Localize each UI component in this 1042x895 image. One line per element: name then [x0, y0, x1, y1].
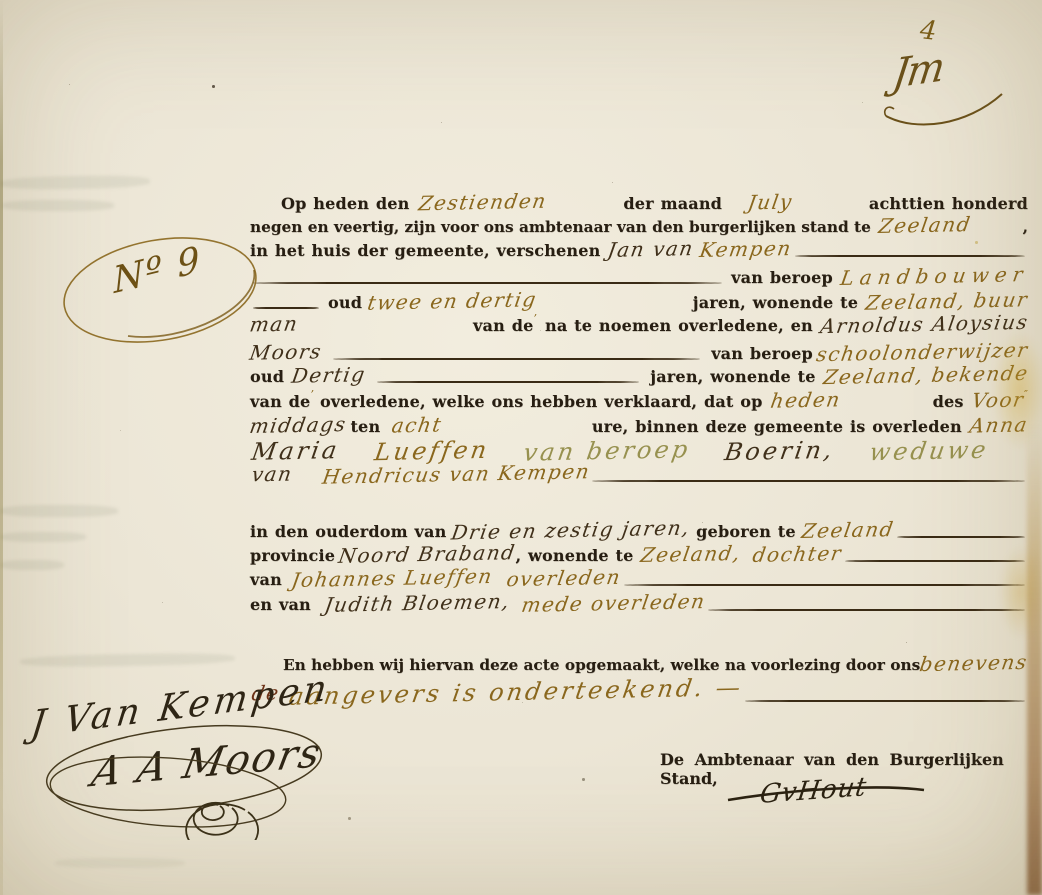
printed-text: des — [933, 392, 964, 411]
handwritten-text: overleden — [504, 565, 622, 591]
handwritten-text: Dertig — [290, 362, 368, 388]
printed-text: ure, binnen deze gemeente is overleden — [592, 417, 962, 436]
handwritten-text: July — [746, 190, 794, 215]
document-line: MariaLueffenvan beroepBoerin,weduwe — [252, 437, 1028, 465]
document-line: in den ouderdom vanDrie en zestig jaren,… — [250, 518, 1028, 542]
printed-text: geboren te — [696, 522, 796, 541]
document-line: Op heden denZestiendender maandJulyachtt… — [281, 190, 1028, 214]
document-line: deaangevers is onderteekend. — — [252, 678, 1028, 706]
document-line: manvan de’na te noemen overledene, enArn… — [250, 312, 1028, 336]
document-line: Moorsvan beroepschoolonderwijzer — [250, 340, 1028, 364]
paper-stain — [998, 545, 1042, 640]
handwritten-text: Kempen — [698, 236, 794, 262]
ruled-line — [377, 381, 639, 383]
printed-text: oud — [328, 293, 362, 312]
ruled-line — [592, 480, 1025, 482]
handwritten-text: Zestienden — [417, 189, 549, 216]
handwritten-text: middags — [248, 412, 349, 438]
printed-text: van beroep — [711, 344, 813, 363]
ruled-line — [845, 560, 1025, 562]
bleed-through-text — [2, 200, 114, 211]
bleed-through-text — [0, 175, 150, 191]
handwritten-text: Zeeland — [800, 517, 896, 543]
printed-text: Op heden den — [281, 194, 409, 213]
signature-officer: GvHout — [758, 772, 869, 810]
printed-text: der maand — [623, 194, 722, 213]
printed-text: van de — [250, 392, 310, 411]
bleed-through-text — [55, 858, 185, 868]
handwritten-text: Zeeland — [877, 212, 973, 238]
act-number-oval-icon — [58, 226, 268, 362]
handwritten-superscript: ’ — [310, 388, 314, 401]
handwritten-text: twee en dertig — [366, 287, 539, 315]
printed-text: En hebben wij hiervan deze acte opgemaak… — [283, 656, 920, 674]
printed-text: van de — [473, 316, 533, 335]
handwritten-text: Jan van — [606, 236, 696, 262]
handwritten-text: Zeeland, — [639, 541, 743, 567]
handwritten-text: acht — [390, 412, 444, 437]
ruled-line — [624, 584, 1025, 586]
printed-text: ten — [350, 417, 380, 436]
handwritten-superscript: ’ — [533, 312, 537, 325]
printed-text: en van — [250, 595, 311, 614]
printed-text: jaren, wonende te — [650, 367, 815, 386]
bleed-through-text — [20, 652, 235, 668]
ruled-line — [795, 255, 1025, 257]
document-line: vanJohannes Lueffenoverleden — [250, 566, 1028, 590]
handwritten-text: mede overleden — [520, 589, 708, 617]
printed-text: negen en veertig, zijn voor ons ambtenaa… — [250, 218, 871, 236]
handwritten-text: Landbouwer — [839, 262, 1031, 290]
paper-stain — [992, 330, 1042, 450]
bleed-through-text — [0, 505, 118, 517]
handwritten-text: Moors — [248, 339, 324, 365]
handwritten-text: man — [248, 311, 300, 336]
printed-text: , wonende te — [516, 546, 634, 565]
document-line: oudtwee en dertigjaren, wonende teZeelan… — [250, 289, 1028, 313]
printed-text: jaren, wonende te — [693, 293, 858, 312]
handwritten-text: Johannes Lueffen — [290, 564, 495, 592]
document-line: van de’overledene, welke ons hebben verk… — [250, 388, 1028, 412]
paper-stain — [1027, 420, 1042, 895]
printed-text: van — [250, 570, 282, 589]
document-line: in het huis der gemeente, verschenenJan … — [250, 237, 1028, 261]
handwritten-text: Arnoldus Aloysius — [819, 310, 1031, 338]
ruled-line — [333, 358, 700, 360]
document-line: negen en veertig, zijn voor ons ambtenaa… — [250, 213, 1028, 237]
handwritten-text: Hendricus van Kempen — [320, 459, 591, 489]
ruled-line — [897, 536, 1025, 538]
printed-text: in den ouderdom van — [250, 522, 446, 541]
ruled-line — [745, 700, 1025, 702]
document-line: En hebben wij hiervan deze acte opgemaak… — [283, 651, 1028, 675]
death-record-document: Op heden denZestiendender maandJulyachtt… — [0, 0, 1042, 895]
printed-text: in het huis der gemeente, verschenen — [250, 241, 600, 260]
ruled-line — [708, 609, 1025, 611]
page-number: 4 — [918, 15, 938, 47]
bleed-through-text — [0, 532, 86, 542]
document-line: provincieNoord Braband, wonende teZeelan… — [250, 542, 1028, 566]
printed-text: achttien honderd — [869, 194, 1028, 213]
handwritten-text: van — [250, 462, 294, 487]
scan-edge — [0, 0, 3, 895]
document-line: van beroepLandbouwer — [250, 264, 1028, 288]
document-line: en vanJudith Bloemen,mede overleden — [250, 591, 1028, 615]
handwritten-text: dochter — [751, 541, 844, 567]
signature-a-a-moors: A A Moors — [88, 729, 326, 796]
ruled-line — [253, 307, 319, 309]
document-line: oudDertigjaren, wonende teZeeland, beken… — [250, 363, 1028, 387]
bleed-through-text — [0, 560, 64, 570]
handwritten-text: benevens — [918, 650, 1030, 676]
printed-text: na te noemen overledene, en — [545, 316, 813, 335]
printed-text: provincie — [250, 546, 335, 565]
handwritten-text: aangevers is onderteekend. — — [287, 673, 745, 710]
document-line: middagstenachture, binnen deze gemeente … — [250, 413, 1028, 437]
printed-text: van beroep — [731, 268, 833, 287]
handwritten-text: Judith Bloemen, — [323, 589, 512, 617]
printed-text: , — [1023, 218, 1028, 236]
document-line: vanHendricus van Kempen — [252, 462, 1028, 486]
act-number: Nº 9 — [112, 239, 203, 302]
ruled-line — [253, 282, 722, 284]
printed-text: overledene, welke ons hebben verklaard, … — [320, 392, 763, 411]
clerk-paraph: Jm — [890, 44, 946, 98]
printed-text: oud — [250, 367, 284, 386]
handwritten-text: heden — [769, 387, 843, 412]
